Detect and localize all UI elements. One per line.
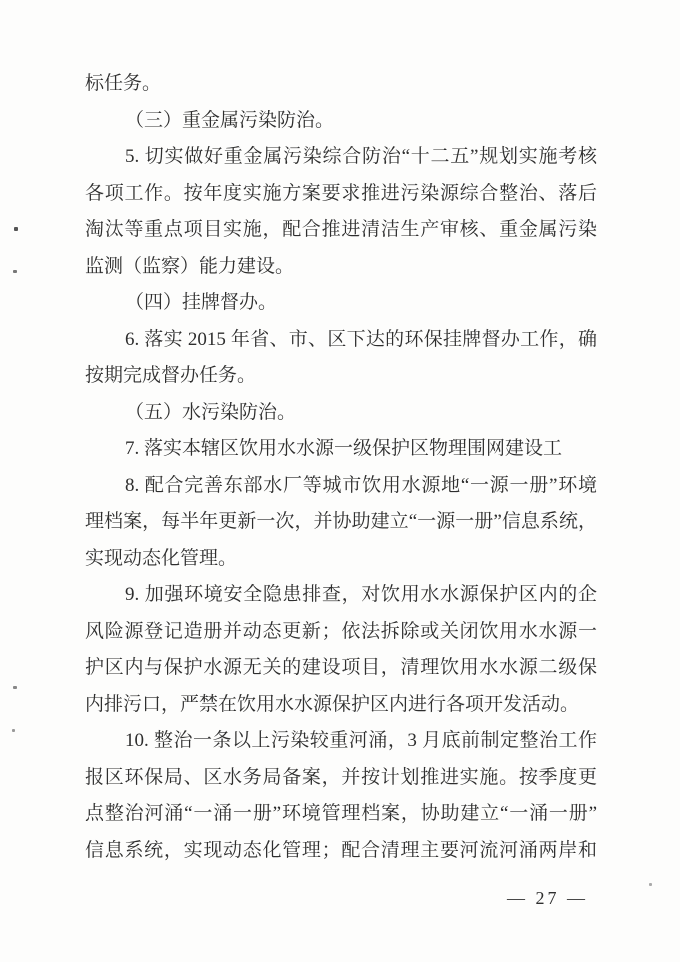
scan-speck [649, 883, 652, 886]
text-line: 6. 落实 2015 年省、市、区下达的环保挂牌督办工作，确保 [85, 322, 597, 359]
text-line: 8. 配合完善东部水厂等城市饮用水源地“一源一册”环境管 [85, 468, 597, 505]
scan-speck [13, 686, 17, 689]
text-line: 5. 切实做好重金属污染综合防治“十二五”规划实施考核的 [85, 139, 597, 176]
section-heading: （四）挂牌督办。 [85, 285, 597, 322]
scan-speck [12, 729, 15, 732]
text-line: 点整治河涌“一涌一册”环境管理档案，协助建立“一涌一册” [85, 796, 597, 833]
text-line: 淘汰等重点项目实施，配合推进清洁生产审核、重金属污染环境 [85, 212, 597, 249]
page-number: — 27 — [507, 888, 588, 909]
text-line: 监测（监察）能力建设。 [85, 249, 597, 286]
scan-speck [13, 270, 17, 273]
text-line: 按期完成督办任务。 [85, 358, 597, 395]
text-line: 10. 整治一条以上污染较重河涌，3 月底前制定整治工作方案 [85, 723, 597, 760]
text-line: 各项工作。按年度实施方案要求推进污染源综合整治、落后产能 [85, 176, 597, 213]
section-heading: （五）水污染防治。 [85, 395, 597, 432]
text-line: 内排污口，严禁在饮用水水源保护区内进行各项开发活动。 [85, 687, 597, 724]
document-body: 标任务。 （三）重金属污染防治。 5. 切实做好重金属污染综合防治“十二五”规划… [85, 66, 597, 869]
section-heading: （三）重金属污染防治。 [85, 103, 597, 140]
text-line: 理档案，每半年更新一次，并协助建立“一源一册”信息系统， [85, 504, 597, 541]
text-line: 风险源登记造册并动态更新；依法拆除或关闭饮用水水源一级保 [85, 614, 597, 651]
scanned-document-page: 标任务。 （三）重金属污染防治。 5. 切实做好重金属污染综合防治“十二五”规划… [0, 0, 680, 962]
text-line: 7. 落实本辖区饮用水水源一级保护区物理围网建设工作。 [85, 431, 597, 468]
text-line: 9. 加强环境安全隐患排查，对饮用水水源保护区内的企业及 [85, 577, 597, 614]
text-line: 信息系统，实现动态化管理；配合清理主要河流河涌两岸和水面 [85, 833, 597, 870]
text-line: 实现动态化管理。 [85, 541, 597, 578]
text-line: 护区内与保护水源无关的建设项目，清理饮用水水源二级保护区 [85, 650, 597, 687]
scan-speck [14, 227, 18, 231]
text-line: 报区环保局、区水务局备案，并按计划推进实施。按季度更新重 [85, 760, 597, 797]
text-line: 标任务。 [85, 66, 597, 103]
